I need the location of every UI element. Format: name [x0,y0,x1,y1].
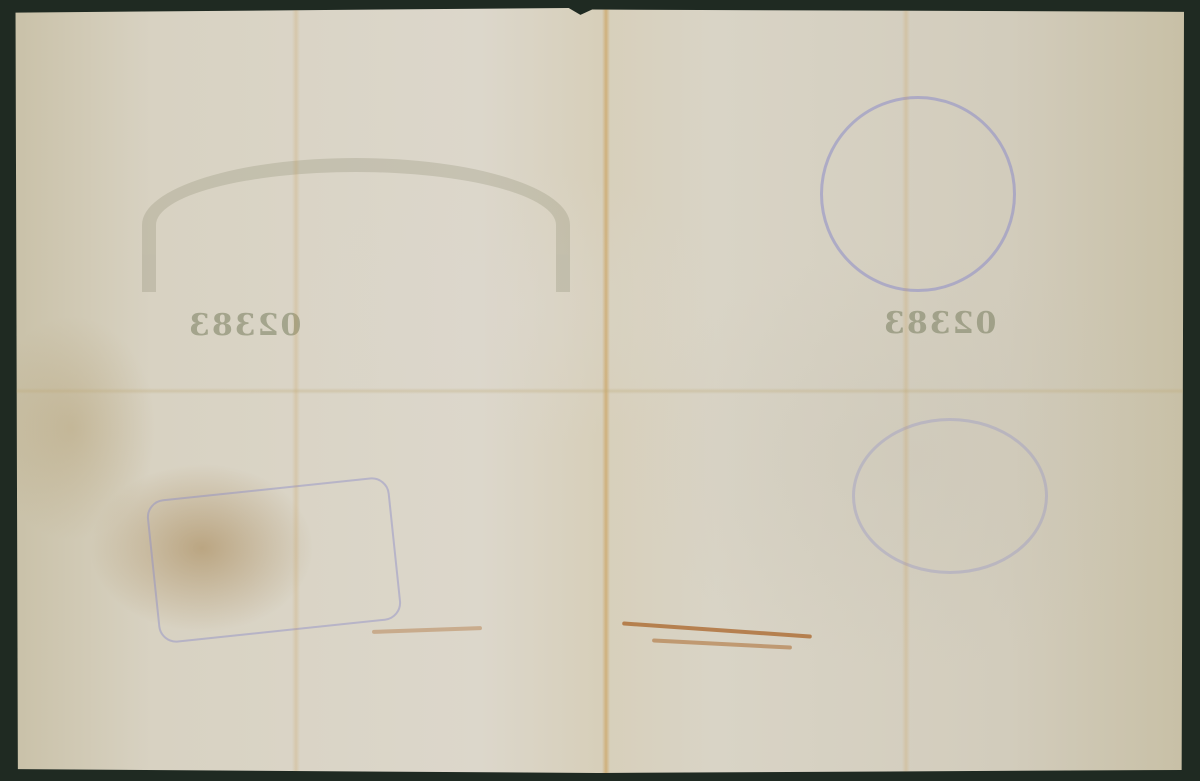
serial-number-left: 02383 [187,308,301,343]
circular-stamp-bottom-right [852,418,1048,574]
serial-number-right: 02383 [882,306,996,341]
signature-right [622,621,812,638]
banknote-reverse: 02383 02383 [12,8,1184,773]
signature-left [372,626,482,634]
ghost-title-arc [142,158,570,292]
signature-right-2 [652,638,792,649]
circular-stamp-top-right [820,96,1016,292]
rect-stamp-bottom-left [145,476,403,645]
horizontal-fold [12,388,1184,394]
